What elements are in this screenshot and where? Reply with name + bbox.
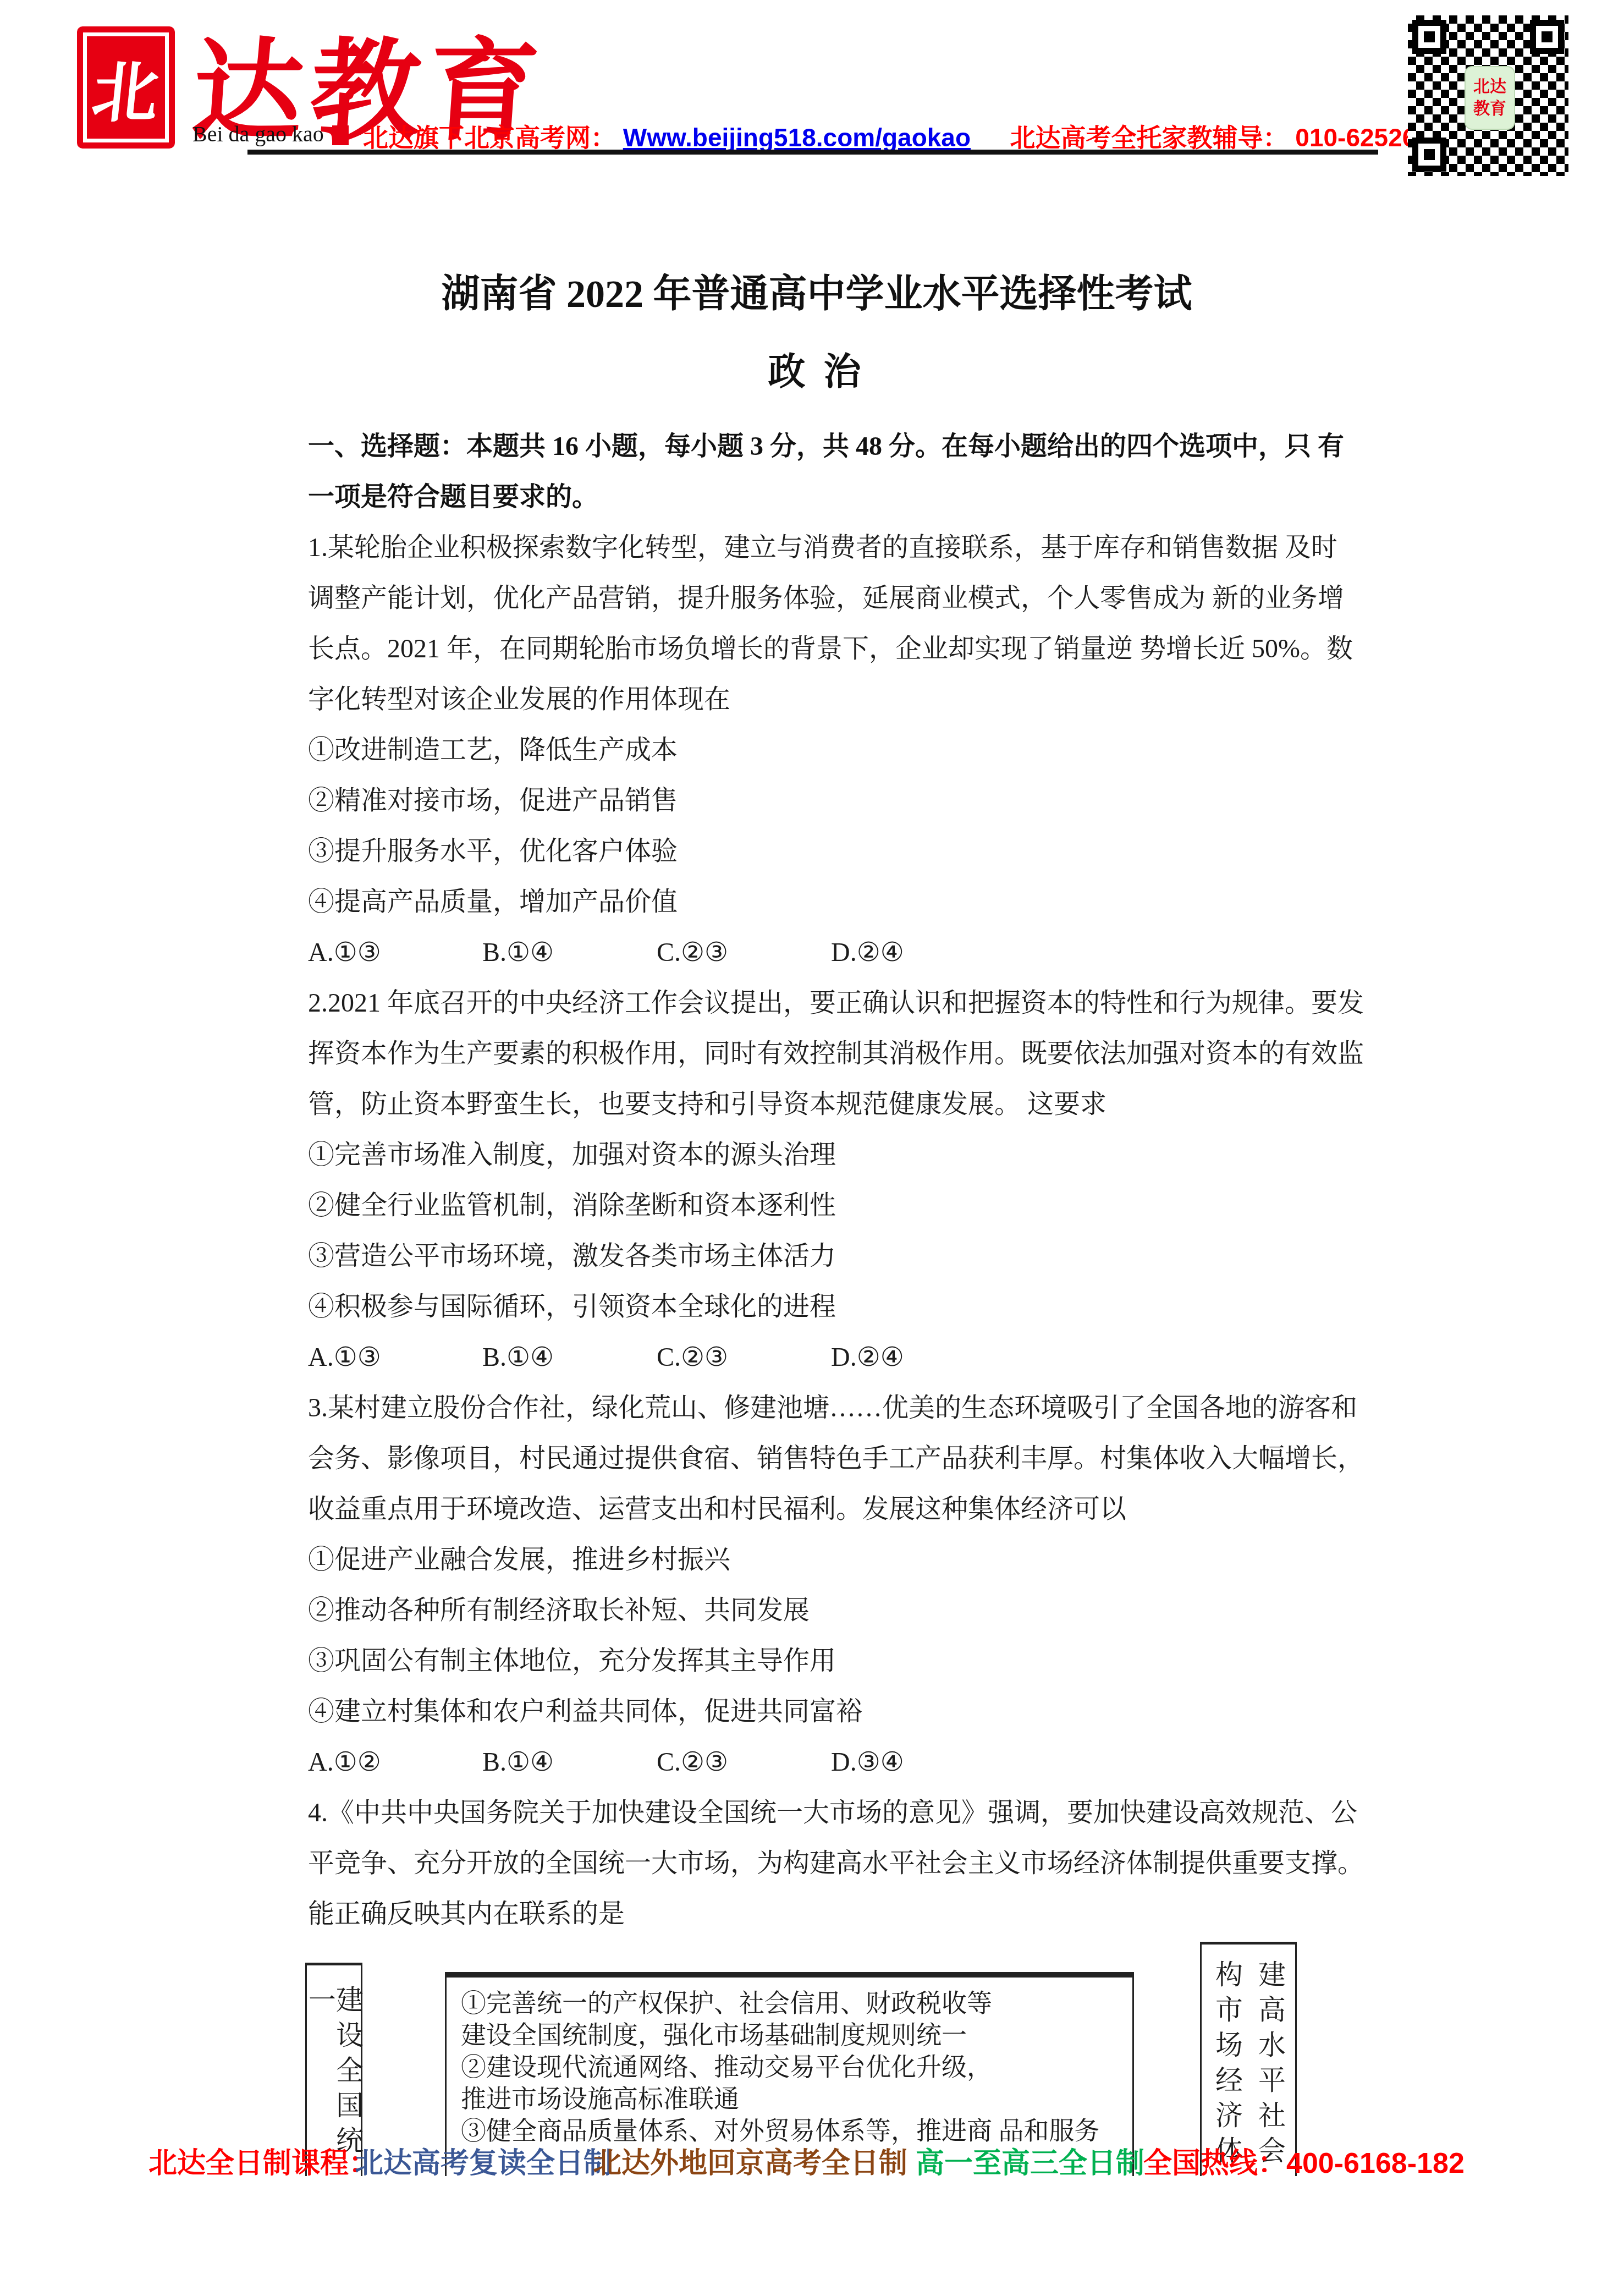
q2-stem-line: 2.2021 年底召开的中央经济工作会议提出，要正确认识和把握资本的特性和行为规… — [308, 978, 1331, 1029]
q1-statement-2: ②精准对接市场，促进产品销售 — [308, 776, 1331, 826]
q2-option-a: A.①③ — [308, 1332, 476, 1383]
q1-option-b: B.①④ — [482, 927, 650, 978]
q2-statement-2: ②健全行业监管机制，消除垄断和资本逐利性 — [308, 1180, 1331, 1231]
footer-hotline: 全国热线：400-6168-182 — [1143, 2140, 1465, 2181]
header-divider — [247, 150, 1378, 155]
q3-statement-2: ②推动各种所有制经济取长补短、共同发展 — [308, 1585, 1331, 1636]
qr-center-label: 北达 教育 — [1465, 66, 1515, 130]
q2-statement-3: ③营造公平市场环境，激发各类市场主体活力 — [308, 1231, 1331, 1282]
seal-character: 北 — [88, 40, 164, 135]
qr-code: 北达 教育 — [1408, 15, 1568, 176]
q1-stem-line: 调整产能计划，优化产品营销，提升服务体验，延展商业模式，个人零售成为 新的业务增 — [308, 573, 1331, 624]
q3-option-d: D.③④ — [831, 1737, 904, 1788]
footer-banner: 北达全日制课程： 北达高考复读全日制 北达外地回京高考全日制 高一至高三全日制 … — [0, 2140, 1624, 2178]
q2-stem-line: 管，防止资本野蛮生长，也要支持和引导资本规范健康发展。 这要求 — [308, 1079, 1331, 1130]
qr-label-line2: 教育 — [1473, 98, 1506, 120]
brand-seal-logo: 北 — [77, 26, 175, 149]
q3-option-b: B.①④ — [482, 1737, 650, 1788]
q4-stem-line: 能正确反映其内在联系的是 — [308, 1889, 1331, 1940]
q2-statement-1: ①完善市场准入制度，加强对资本的源头治理 — [308, 1130, 1331, 1180]
q3-stem-line: 3.某村建立股份合作社，绿化荒山、修建池塘……优美的生态环境吸引了全国各地的游客… — [308, 1383, 1331, 1433]
q1-option-c: C.②③ — [657, 927, 824, 978]
q3-statement-3: ③巩固公有制主体地位，充分发挥其主导作用 — [308, 1636, 1331, 1687]
q3-stem-line: 会务、影像项目，村民通过提供食宿、销售特色手工产品获利丰厚。村集体收入大幅增长， — [308, 1433, 1331, 1484]
subject-title: 政 治 — [308, 342, 1325, 396]
tutoring-label: 北达高考全托家教辅导： — [1010, 123, 1289, 152]
q1-option-d: D.②④ — [831, 927, 904, 978]
footer-courses-label: 北达全日制课程： — [148, 2140, 377, 2181]
q1-stem-line: 字化转型对该企业发展的作用体现在 — [308, 674, 1331, 725]
q3-options-row: A.①② B.①④ C.②③ D.③④ — [308, 1737, 1331, 1788]
q2-stem-line: 挥资本作为生产要素的积极作用，同时有效控制其消极作用。既要依法加强对资本的有效监 — [308, 1029, 1331, 1079]
diagram-middle-line: ①完善统一的产权保护、社会信用、财政税收等 — [461, 1987, 1127, 2019]
site-link[interactable]: Www.beijing518.com/gaokao — [623, 123, 971, 152]
exam-title: 湖南省 2022 年普通高中学业水平选择性考试 — [308, 263, 1325, 318]
q1-stem-line: 1.某轮胎企业积极探索数字化转型，建立与消费者的直接联系，基于库存和销售数据 及… — [308, 523, 1331, 573]
qr-finder-icon — [1412, 138, 1446, 172]
q4-stem-line: 4.《中共中央国务院关于加快建设全国统一大市场的意见》强调，要加快建设高效规范、… — [308, 1788, 1331, 1838]
footer-grade-program: 高一至高三全日制 — [916, 2140, 1144, 2181]
diagram-middle-line: 建设全国统制度，强化市场基础制度规则统一 — [461, 2019, 1127, 2051]
q3-option-c: C.②③ — [657, 1737, 824, 1788]
q1-statement-4: ④提高产品质量，增加产品价值 — [308, 877, 1331, 927]
q2-options-row: A.①③ B.①④ C.②③ D.②④ — [308, 1332, 1331, 1383]
brand-romanized: Bei da gao kao — [192, 121, 324, 147]
q4-stem-line: 平竞争、充分开放的全国统一大市场，为构建高水平社会主义市场经济体制提供重要支撑。 — [308, 1838, 1331, 1889]
q1-statement-3: ③提升服务水平，优化客户体验 — [308, 826, 1331, 877]
qr-finder-icon — [1412, 20, 1446, 54]
q2-option-d: D.②④ — [831, 1332, 904, 1383]
q1-statement-1: ①改进制造工艺，降低生产成本 — [308, 725, 1331, 776]
q2-option-b: B.①④ — [482, 1332, 650, 1383]
q3-statement-4: ④建立村集体和农户利益共同体，促进共同富裕 — [308, 1687, 1331, 1737]
site-label: 北达旗下北京高考网： — [363, 123, 616, 152]
q1-option-a: A.①③ — [308, 927, 476, 978]
footer-fudu-program: 北达高考复读全日制 — [355, 2140, 612, 2181]
q3-option-a: A.①② — [308, 1737, 476, 1788]
header-contact-row: 北达旗下北京高考网： Www.beijing518.com/gaokao 北达高… — [363, 118, 1458, 154]
q2-statement-4: ④积极参与国际循环，引领资本全球化的进程 — [308, 1282, 1331, 1332]
q1-stem-line: 长点。2021 年，在同期轮胎市场负增长的背景下，企业却实现了销量逆 势增长近 … — [308, 624, 1331, 674]
exam-page: 北 达教育 Bei da gao kao 北达旗下北京高考网： Www.beij… — [0, 0, 1624, 2274]
diagram-middle-line: ②建设现代流通网络、推动交易平台优化升级， — [461, 2051, 1127, 2083]
q3-statement-1: ①促进产业融合发展，推进乡村振兴 — [308, 1535, 1331, 1585]
exam-body: 一、选择题：本题共 16 小题，每小题 3 分，共 48 分。在每小题给出的四个… — [308, 421, 1331, 1940]
header-gap — [978, 123, 1003, 152]
diagram-middle-line: 推进市场设施高标准联通 — [461, 2083, 1127, 2115]
section-heading-line1: 一、选择题：本题共 16 小题，每小题 3 分，共 48 分。在每小题给出的四个… — [308, 421, 1331, 472]
seal-background: 北 — [87, 36, 165, 139]
qr-finder-icon — [1530, 20, 1564, 54]
section-heading-line2: 一项是符合题目要求的。 — [308, 472, 1331, 523]
q1-options-row: A.①③ B.①④ C.②③ D.②④ — [308, 927, 1331, 978]
red-square-bullet — [332, 125, 349, 145]
q3-stem-line: 收益重点用于环境改造、运营支出和村民福利。发展这种集体经济可以 — [308, 1484, 1331, 1535]
q2-option-c: C.②③ — [657, 1332, 824, 1383]
footer-waidi-program: 北达外地回京高考全日制 — [593, 2140, 907, 2181]
qr-label-line1: 北达 — [1473, 76, 1506, 98]
